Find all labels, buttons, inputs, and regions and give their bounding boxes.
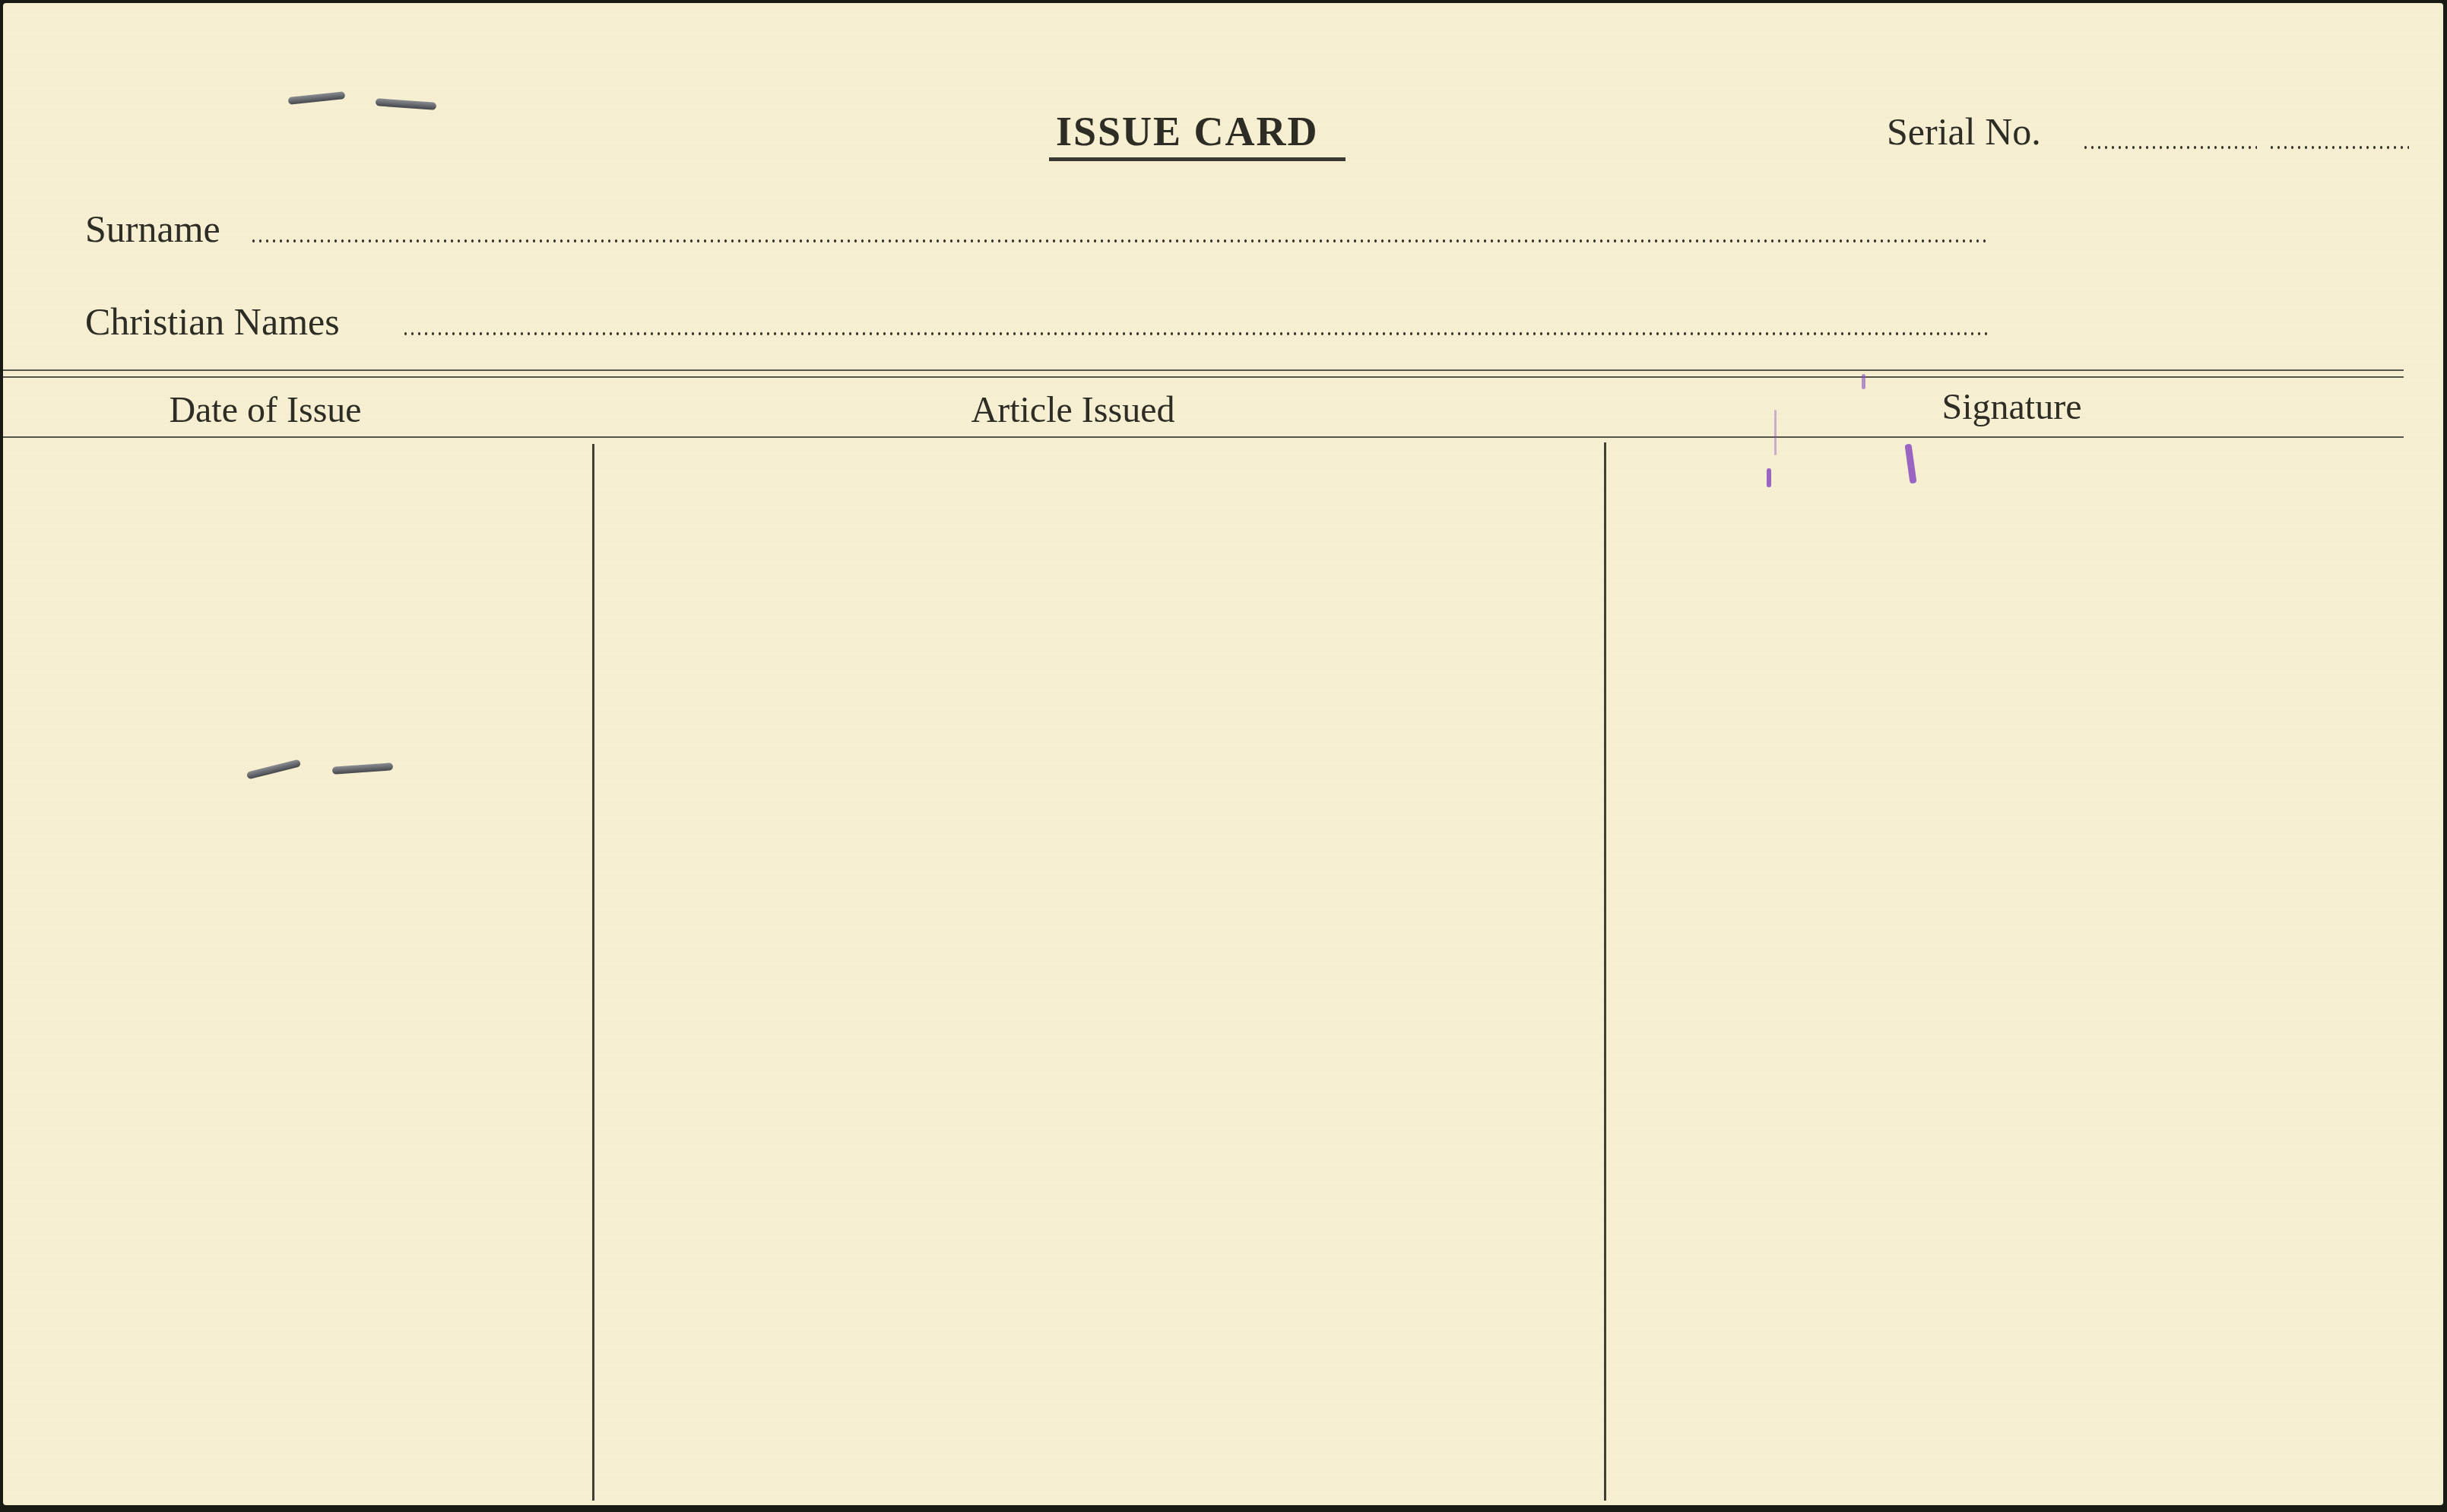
card-title: ISSUE CARD: [1056, 108, 1319, 155]
column-header-date-of-issue: Date of Issue: [3, 389, 528, 431]
double-rule-top: [3, 369, 2404, 371]
column-header-signature: Signature: [1607, 386, 2417, 428]
christian-names-field[interactable]: [402, 305, 1991, 343]
surname-label: Surname: [85, 207, 220, 251]
ink-mark: [1774, 410, 1777, 455]
christian-names-dots: [402, 332, 1991, 335]
ink-mark: [1862, 374, 1865, 389]
christian-names-label: Christian Names: [85, 300, 340, 344]
serial-number-label: Serial No.: [1887, 109, 2041, 154]
staple-icon: [288, 91, 346, 105]
surname-field[interactable]: [250, 212, 1987, 250]
ink-mark: [1767, 468, 1771, 487]
serial-dots: [2268, 146, 2409, 149]
title-underline: [1049, 157, 1346, 161]
article-issued-column[interactable]: [594, 444, 1604, 1501]
staple-icon: [376, 98, 437, 110]
signature-column[interactable]: [1606, 444, 2404, 1501]
double-rule-bottom: [3, 376, 2404, 378]
surname-dots: [250, 239, 1987, 242]
date-of-issue-column[interactable]: [3, 444, 592, 1501]
column-header-article-issued: Article Issued: [596, 389, 1550, 431]
header-rule: [3, 436, 2404, 438]
issue-card: ISSUE CARD Serial No. Surname Christian …: [3, 3, 2443, 1505]
serial-number-field[interactable]: [2082, 117, 2417, 155]
serial-dots: [2082, 146, 2257, 149]
